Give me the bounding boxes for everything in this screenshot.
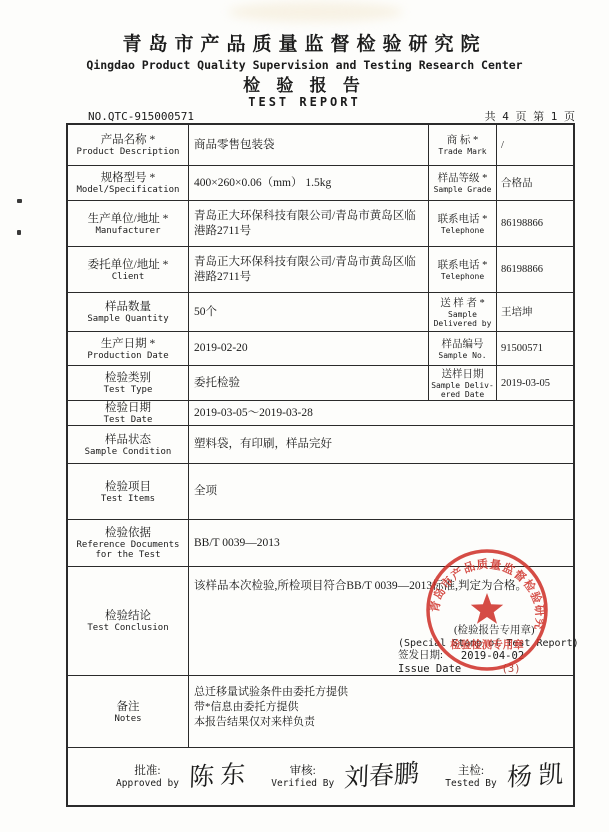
report-number: NO.QTC-915000571 <box>88 110 194 124</box>
field-value: 86198866 <box>497 247 573 292</box>
approver-signature: 陈 东 <box>188 760 245 792</box>
table-row-quantity: 样品数量 Sample Quantity 50个 送 样 者 * Sample … <box>68 293 573 332</box>
field-value: 塑料袋，有印刷，样品完好 <box>189 426 573 463</box>
field-label: 生产日期 * Production Date <box>68 332 189 365</box>
page-indicator: 共 4 页 第 1 页 <box>485 110 575 124</box>
field-value: 50个 <box>189 293 429 331</box>
field-label: 样品数量 Sample Quantity <box>68 293 189 331</box>
field-label: 检验结论 Test Conclusion <box>68 567 189 675</box>
table-row-manufacturer: 生产单位/地址 * Manufacturer 青岛正大环保科技有限公司/青岛市黄… <box>68 201 573 247</box>
table-row-signatures: 批准: Approved by 陈 东 审核: Verified By 刘春鹏 <box>68 748 573 805</box>
field-value: 全项 <box>189 464 573 519</box>
field-label: 商 标 * Trade Mark <box>429 125 497 165</box>
field-label: 联系电话 * Telephone <box>429 201 497 246</box>
field-value: 2019-03-05 <box>497 366 573 400</box>
notes-text: 总迁移量试验条件由委托方提供 带*信息由委托方提供 本报告结果仅对来样负责 <box>189 676 573 747</box>
field-value: 91500571 <box>497 332 573 365</box>
org-name-cn: 青岛市产品质量监督检验研究院 <box>0 34 609 56</box>
table-row-product: 产品名称 * Product Description 商品零售包装袋 商 标 *… <box>68 125 573 166</box>
field-label: 检验日期 Test Date <box>68 401 189 425</box>
field-value: 商品零售包装袋 <box>189 125 429 165</box>
svg-text:青岛市产品质量监督检验研究院: 青岛市产品质量监督检验研究院 <box>424 547 547 632</box>
report-title-cn: 检 验 报 告 <box>0 76 609 96</box>
field-value: 青岛正大环保科技有限公司/青岛市黄岛区临港路2711号 <box>189 201 429 246</box>
notes-line: 本报告结果仅对来样负责 <box>194 715 315 730</box>
field-value: 合格品 <box>497 166 573 200</box>
field-label: 样品编号 Sample No. <box>429 332 497 365</box>
notes-line: 总迁移量试验条件由委托方提供 <box>194 685 348 700</box>
seal-bottom-text: 检验检测专用章 <box>450 638 524 651</box>
field-value: 青岛正大环保科技有限公司/青岛市黄岛区临港路2711号 <box>189 247 429 292</box>
test-report-page: 青岛市产品质量监督检验研究院 Qingdao Product Quality S… <box>0 0 609 832</box>
field-value: / <box>497 125 573 165</box>
field-label: 生产单位/地址 * Manufacturer <box>68 201 189 246</box>
field-label: 检验项目 Test Items <box>68 464 189 519</box>
field-label: 备注 Notes <box>68 676 189 747</box>
table-row-notes: 备注 Notes 总迁移量试验条件由委托方提供 带*信息由委托方提供 本报告结果… <box>68 676 573 748</box>
report-table: 产品名称 * Product Description 商品零售包装袋 商 标 *… <box>66 123 575 807</box>
field-label: 样品等级 * Sample Grade <box>429 166 497 200</box>
scan-artifact <box>17 199 22 203</box>
field-value: 委托检验 <box>189 366 429 400</box>
official-seal-stamp: 青岛市产品质量监督检验研究院 检验检测专用章 <box>424 547 551 674</box>
field-value: 王培坤 <box>497 293 573 331</box>
table-row-test-type: 检验类别 Test Type 委托检验 送样日期 Sample Deliv-er… <box>68 366 573 401</box>
field-value: 2019-02-20 <box>189 332 429 365</box>
field-label: 送 样 者 * Sample Delivered by <box>429 293 497 331</box>
field-value: 86198866 <box>497 201 573 246</box>
table-row-test-items: 检验项目 Test Items 全项 <box>68 464 573 520</box>
scan-artifact <box>17 230 21 235</box>
tester-signature: 杨 凯 <box>506 760 563 792</box>
org-name-en: Qingdao Product Quality Supervision and … <box>0 58 609 72</box>
table-row-model: 规格型号 * Model/Specification 400×260×0.06（… <box>68 166 573 201</box>
field-label: 检验类别 Test Type <box>68 366 189 400</box>
signature-cell: 批准: Approved by 陈 东 审核: Verified By 刘春鹏 <box>68 748 573 805</box>
notes-line: 带*信息由委托方提供 <box>194 700 299 715</box>
report-title-en: TEST REPORT <box>0 96 609 109</box>
field-label: 样品状态 Sample Condition <box>68 426 189 463</box>
field-label: 送样日期 Sample Deliv-ered Date <box>429 366 497 400</box>
field-label: 规格型号 * Model/Specification <box>68 166 189 200</box>
field-label: 联系电话 * Telephone <box>429 247 497 292</box>
table-row-sample-condition: 样品状态 Sample Condition 塑料袋，有印刷，样品完好 <box>68 426 573 464</box>
seal-ring-text: 青岛市产品质量监督检验研究院 <box>424 547 547 632</box>
signature-approved: 批准: Approved by 陈 东 <box>116 763 245 791</box>
table-row-client: 委托单位/地址 * Client 青岛正大环保科技有限公司/青岛市黄岛区临港路2… <box>68 247 573 293</box>
field-value: 2019-03-05～2019-03-28 <box>189 401 573 425</box>
field-value: 400×260×0.06（mm） 1.5kg <box>189 166 429 200</box>
verifier-signature: 刘春鹏 <box>344 760 420 793</box>
field-label: 产品名称 * Product Description <box>68 125 189 165</box>
table-row-test-date: 检验日期 Test Date 2019-03-05～2019-03-28 <box>68 401 573 426</box>
field-label: 检验依据 Reference Documents for the Test <box>68 520 189 566</box>
signature-tested: 主检: Tested By 杨 凯 <box>445 763 563 791</box>
scan-smudge <box>228 2 403 22</box>
signature-verified: 审核: Verified By 刘春鹏 <box>271 763 419 791</box>
seal-star-icon <box>471 593 503 624</box>
field-label: 委托单位/地址 * Client <box>68 247 189 292</box>
table-row-production-date: 生产日期 * Production Date 2019-02-20 样品编号 S… <box>68 332 573 366</box>
report-meta-line: NO.QTC-915000571 共 4 页 第 1 页 <box>88 110 575 124</box>
